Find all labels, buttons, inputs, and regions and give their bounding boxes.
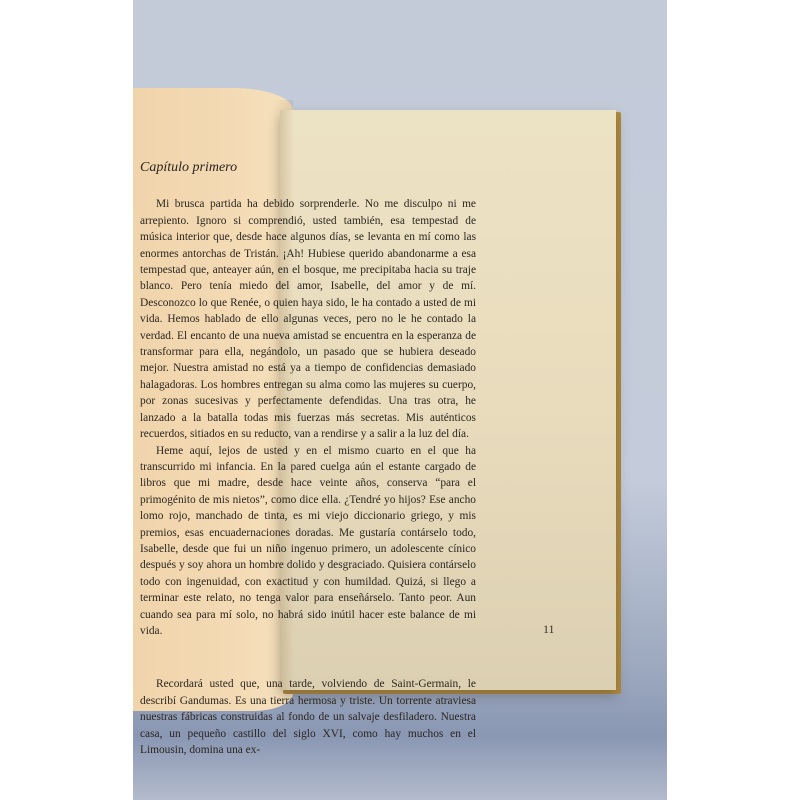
- chapter-title: Capítulo primero: [140, 160, 476, 176]
- section-break: [140, 639, 476, 676]
- page-number: 11: [543, 622, 555, 637]
- paragraph-1: Mi brusca partida ha debido sorprenderle…: [140, 196, 476, 442]
- paragraph-3: Recordará usted que, una tarde, volviend…: [140, 676, 476, 758]
- paragraph-2: Heme aquí, lejos de usted y en el mismo …: [140, 443, 476, 640]
- page-text: Capítulo primero Mi brusca partida ha de…: [140, 160, 476, 758]
